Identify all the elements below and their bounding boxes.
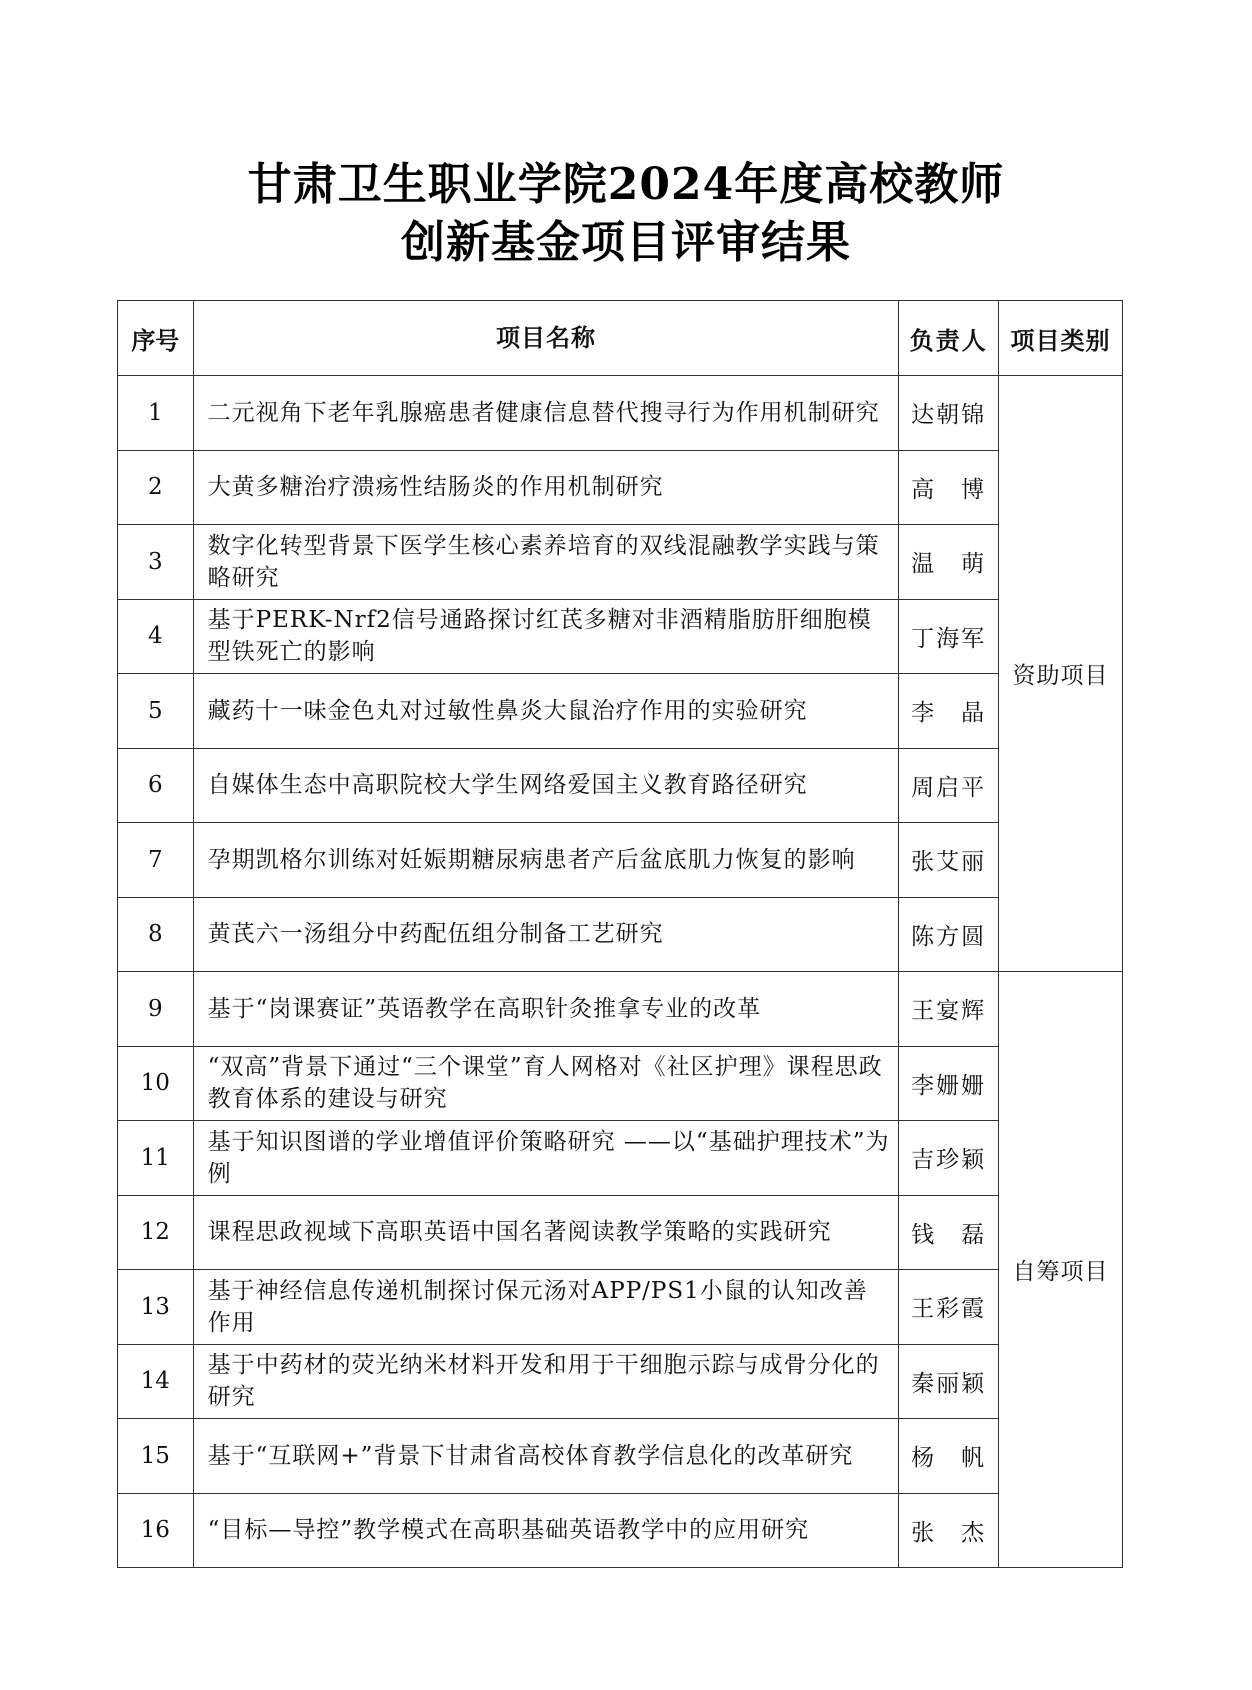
row-project-name: 二元视角下老年乳腺癌患者健康信息替代搜寻行为作用机制研究 [193, 376, 899, 451]
row-person: 高 博 [899, 450, 999, 525]
row-no: 7 [118, 823, 194, 898]
row-person: 王彩霞 [899, 1270, 999, 1345]
table-row: 4 基于PERK-Nrf2信号通路探讨红芪多糖对非酒精脂肪肝细胞模型铁死亡的影响… [118, 599, 1123, 674]
row-no: 14 [118, 1344, 194, 1419]
row-person: 温 萌 [899, 525, 999, 600]
document-title-line-2: 创新基金项目评审结果 [0, 206, 1252, 270]
row-no: 13 [118, 1270, 194, 1345]
row-no: 3 [118, 525, 194, 600]
table-row: 15 基于“互联网+”背景下甘肃省高校体育教学信息化的改革研究 杨 帆 [118, 1419, 1123, 1494]
review-results-table: 序号 项目名称 负责人 项目类别 1 二元视角下老年乳腺癌患者健康信息替代搜寻行… [117, 300, 1123, 1568]
header-person-in-charge: 负责人 [899, 301, 999, 376]
row-no: 4 [118, 599, 194, 674]
row-person: 杨 帆 [899, 1419, 999, 1494]
row-no: 12 [118, 1195, 194, 1270]
table-row: 12 课程思政视域下高职英语中国名著阅读教学策略的实践研究 钱 磊 [118, 1195, 1123, 1270]
row-no: 11 [118, 1121, 194, 1196]
header-project-category: 项目类别 [998, 301, 1122, 376]
row-no: 16 [118, 1493, 194, 1568]
row-person: 陈方圆 [899, 897, 999, 972]
row-person: 丁海军 [899, 599, 999, 674]
header-serial-no: 序号 [118, 301, 194, 376]
table-row: 2 大黄多糖治疗溃疡性结肠炎的作用机制研究 高 博 [118, 450, 1123, 525]
row-no: 10 [118, 1046, 194, 1121]
row-project-name: 基于知识图谱的学业增值评价策略研究 ——以“基础护理技术”为例 [193, 1121, 899, 1196]
row-project-name: 基于“岗课赛证”英语教学在高职针灸推拿专业的改革 [193, 972, 899, 1047]
table-row: 11 基于知识图谱的学业增值评价策略研究 ——以“基础护理技术”为例 吉珍颖 [118, 1121, 1123, 1196]
row-person: 钱 磊 [899, 1195, 999, 1270]
table-row: 16 “目标—导控”教学模式在高职基础英语教学中的应用研究 张 杰 [118, 1493, 1123, 1568]
row-project-name: 自媒体生态中高职院校大学生网络爱国主义教育路径研究 [193, 748, 899, 823]
row-no: 5 [118, 674, 194, 749]
row-person: 王宴辉 [899, 972, 999, 1047]
row-project-name: 藏药十一味金色丸对过敏性鼻炎大鼠治疗作用的实验研究 [193, 674, 899, 749]
table-row: 14 基于中药材的荧光纳米材料开发和用于干细胞示踪与成骨分化的研究 秦丽颖 [118, 1344, 1123, 1419]
table-header-row: 序号 项目名称 负责人 项目类别 [118, 301, 1123, 376]
row-project-name: “目标—导控”教学模式在高职基础英语教学中的应用研究 [193, 1493, 899, 1568]
table-row: 9 基于“岗课赛证”英语教学在高职针灸推拿专业的改革 王宴辉 自筹项目 [118, 972, 1123, 1047]
row-project-name: 数字化转型背景下医学生核心素养培育的双线混融教学实践与策略研究 [193, 525, 899, 600]
row-person: 周启平 [899, 748, 999, 823]
table-row: 5 藏药十一味金色丸对过敏性鼻炎大鼠治疗作用的实验研究 李 晶 [118, 674, 1123, 749]
row-project-name: 基于“互联网+”背景下甘肃省高校体育教学信息化的改革研究 [193, 1419, 899, 1494]
row-project-name: 大黄多糖治疗溃疡性结肠炎的作用机制研究 [193, 450, 899, 525]
row-no: 8 [118, 897, 194, 972]
table-row: 13 基于神经信息传递机制探讨保元汤对APP/PS1小鼠的认知改善作用 王彩霞 [118, 1270, 1123, 1345]
row-project-name: 基于PERK-Nrf2信号通路探讨红芪多糖对非酒精脂肪肝细胞模型铁死亡的影响 [193, 599, 899, 674]
row-person: 秦丽颖 [899, 1344, 999, 1419]
row-person: 李姗姗 [899, 1046, 999, 1121]
category-self-funded: 自筹项目 [998, 972, 1122, 1568]
table-row: 7 孕期凯格尔训练对妊娠期糖尿病患者产后盆底肌力恢复的影响 张艾丽 [118, 823, 1123, 898]
row-person: 张 杰 [899, 1493, 999, 1568]
table-row: 10 “双高”背景下通过“三个课堂”育人网格对《社区护理》课程思政教育体系的建设… [118, 1046, 1123, 1121]
row-person: 吉珍颖 [899, 1121, 999, 1196]
row-no: 15 [118, 1419, 194, 1494]
row-project-name: 孕期凯格尔训练对妊娠期糖尿病患者产后盆底肌力恢复的影响 [193, 823, 899, 898]
table-row: 1 二元视角下老年乳腺癌患者健康信息替代搜寻行为作用机制研究 达朝锦 资助项目 [118, 376, 1123, 451]
row-no: 9 [118, 972, 194, 1047]
document-title-line-1: 甘肃卫生职业学院2024年度高校教师 [0, 148, 1252, 212]
row-project-name: 基于中药材的荧光纳米材料开发和用于干细胞示踪与成骨分化的研究 [193, 1344, 899, 1419]
row-project-name: 基于神经信息传递机制探讨保元汤对APP/PS1小鼠的认知改善作用 [193, 1270, 899, 1345]
row-person: 达朝锦 [899, 376, 999, 451]
row-project-name: 黄芪六一汤组分中药配伍组分制备工艺研究 [193, 897, 899, 972]
table-row: 8 黄芪六一汤组分中药配伍组分制备工艺研究 陈方圆 [118, 897, 1123, 972]
row-person: 李 晶 [899, 674, 999, 749]
row-no: 6 [118, 748, 194, 823]
row-no: 1 [118, 376, 194, 451]
row-project-name: 课程思政视域下高职英语中国名著阅读教学策略的实践研究 [193, 1195, 899, 1270]
category-funded: 资助项目 [998, 376, 1122, 972]
row-no: 2 [118, 450, 194, 525]
row-person: 张艾丽 [899, 823, 999, 898]
row-project-name: “双高”背景下通过“三个课堂”育人网格对《社区护理》课程思政教育体系的建设与研究 [193, 1046, 899, 1121]
header-project-name: 项目名称 [193, 301, 899, 376]
table-row: 3 数字化转型背景下医学生核心素养培育的双线混融教学实践与策略研究 温 萌 [118, 525, 1123, 600]
table-row: 6 自媒体生态中高职院校大学生网络爱国主义教育路径研究 周启平 [118, 748, 1123, 823]
